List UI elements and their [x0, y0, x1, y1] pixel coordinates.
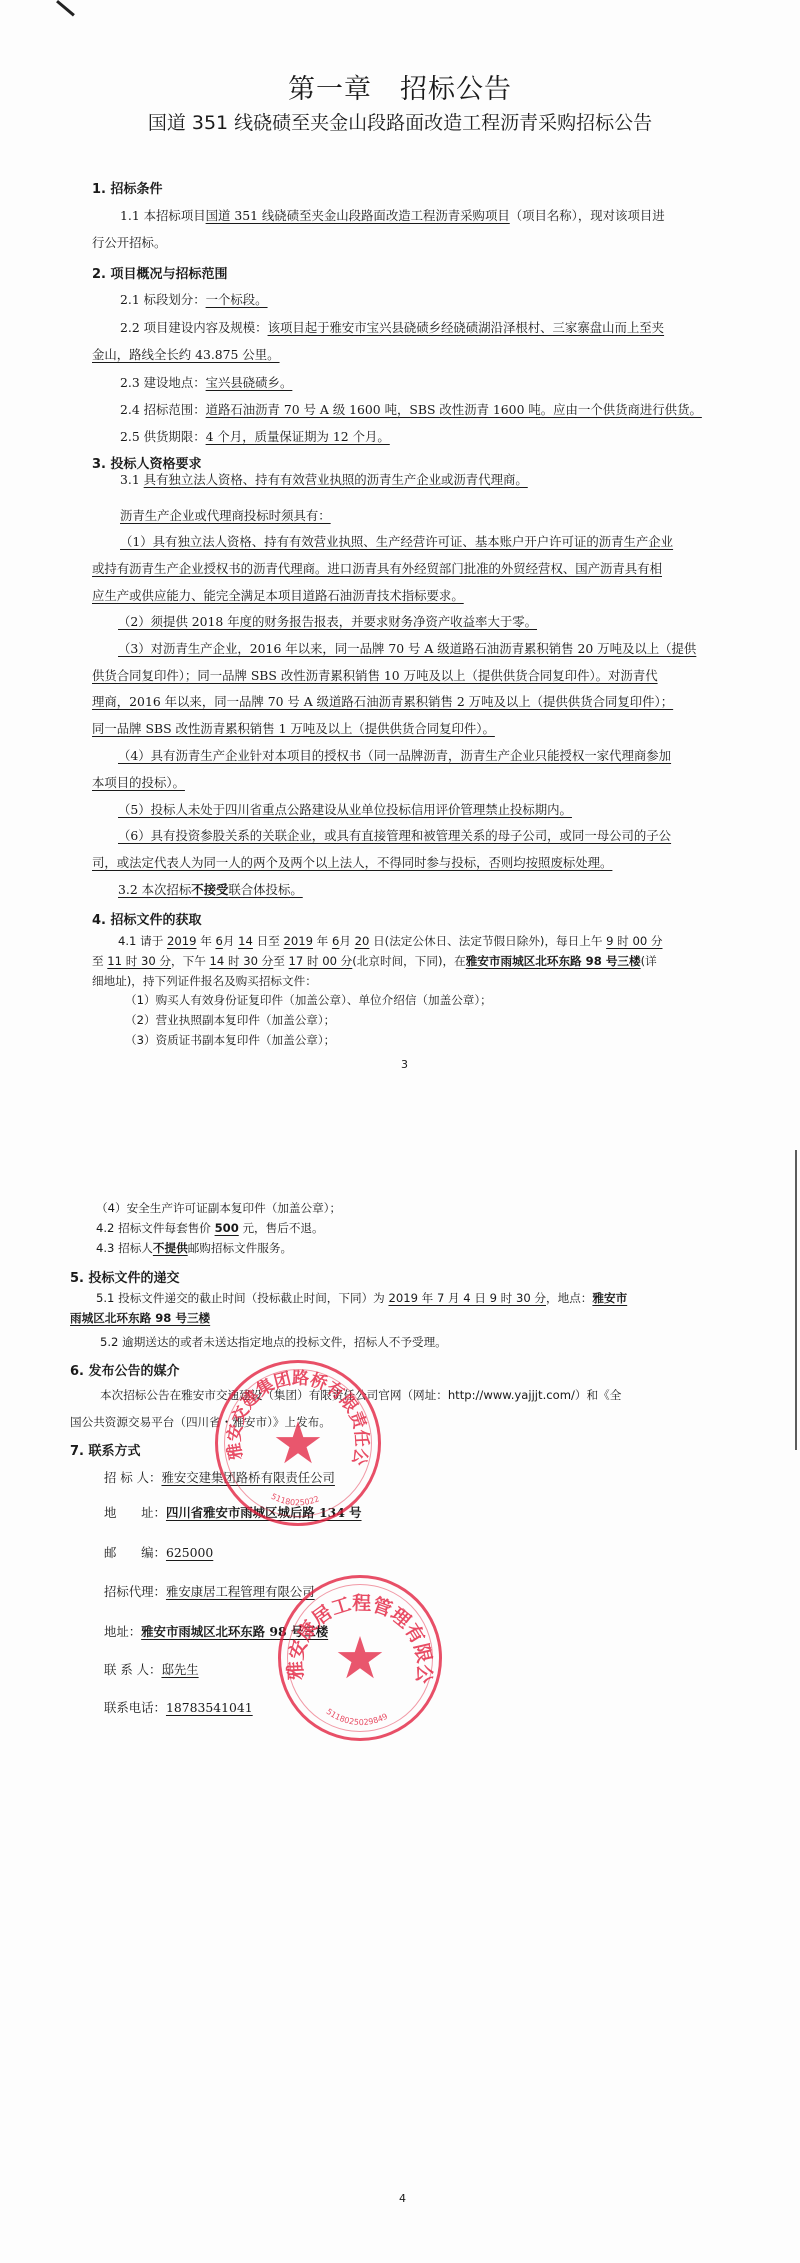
item-3-1: 3.1 具有独立法人资格、持有有效营业执照的沥青生产企业或沥青代理商。: [120, 472, 528, 488]
afternoon-end-time: 17 时 00 分: [289, 954, 353, 968]
item-3-2-suffix: 联合体投标。: [228, 882, 302, 897]
scan-page-edge: [795, 1150, 797, 1450]
item-1-1: 1.1 本招标项目国道 351 线硗碛至夹金山段路面改造工程沥青采购项目（项目名…: [120, 208, 665, 224]
text: 年: [313, 934, 332, 948]
page-number-4: 4: [399, 2192, 406, 2205]
text: ，地点：: [546, 1291, 592, 1305]
item-2-2-value-line2: 金山，路线全长约 43.875 公里。: [92, 347, 280, 363]
item-3-2: 3.2 本次招标不接受联合体投标。: [118, 882, 303, 898]
postcode: 625000: [166, 1545, 213, 1560]
section-1-heading: 1. 招标条件: [92, 178, 163, 197]
contact-label: 招 标 人：: [104, 1470, 161, 1485]
text: (详: [641, 954, 657, 968]
item-1-1-prefix: 1.1 本招标项目: [120, 208, 206, 223]
project-name: 国道 351 线硗碛至夹金山段路面改造工程沥青采购项目: [206, 208, 510, 223]
page-number-3: 3: [401, 1058, 408, 1071]
media-line1: 本次招标公告在雅安市交通建设（集团）有限责任公司官网（网址：http://www…: [100, 1387, 621, 1403]
morning-end-time: 11 时 30 分: [107, 954, 171, 968]
contact-person: 邸先生: [161, 1662, 198, 1677]
document-price: 500: [215, 1221, 239, 1235]
item-2-1: 2.1 标段划分：一个标段。: [120, 292, 268, 308]
section-7-heading: 7. 联系方式: [70, 1440, 141, 1459]
req-4-line2: 本项目的投标）。: [92, 775, 185, 791]
end-day: 20: [355, 934, 370, 948]
text: 4.1 请于: [118, 934, 167, 948]
contact-label: 联系电话：: [104, 1700, 166, 1715]
item-4-1-line3: 细地址)，持下列证件报名及购买招标文件：: [92, 973, 317, 989]
item-2-5-value: 4 个月，质量保证期为 12 个月。: [206, 429, 390, 444]
required-doc-1: （1）购买人有效身份证复印件（加盖公章）、单位介绍信（加盖公章）；: [125, 992, 492, 1008]
required-doc-4: （4）安全生产许可证副本复印件（加盖公章）；: [96, 1200, 341, 1216]
text: 至: [92, 954, 107, 968]
text: 邮购招标文件服务。: [188, 1241, 292, 1255]
item-2-4-label: 2.4 招标范围：: [120, 402, 206, 417]
agent-address: 雅安市雨城区北环东路 98 号三楼: [141, 1624, 328, 1639]
text: 年: [197, 934, 216, 948]
section-6-heading: 6. 发布公告的媒介: [70, 1360, 180, 1379]
item-3-1-value: 具有独立法人资格、持有有效营业执照的沥青生产企业或沥青代理商。: [144, 472, 528, 487]
item-2-5-label: 2.5 供货期限：: [120, 429, 206, 444]
start-day: 14: [238, 934, 253, 948]
media-line2: 国公共资源交易平台（四川省・雅安市）》上发布。: [70, 1414, 331, 1430]
item-2-2-label: 2.2 项目建设内容及规模：: [120, 320, 268, 335]
section-3-heading: 3. 投标人资格要求: [92, 453, 202, 472]
contact-row-postcode: 邮 编：625000: [104, 1545, 213, 1561]
item-2-2: 2.2 项目建设内容及规模：该项目起于雅安市宝兴县硗碛乡经硗碛湖沿泽根村、三家寨…: [120, 320, 664, 336]
req-6-line1: （6）具有投资参股关系的关联企业，或具有直接管理和被管理关系的母子公司，或同一母…: [118, 828, 671, 844]
start-year: 2019: [167, 934, 197, 948]
req-3-line1: （3）对沥青生产企业，2016 年以来，同一品牌 70 号 A 级道路石油沥青累…: [118, 641, 696, 657]
required-doc-3: （3）资质证书副本复印件（加盖公章）；: [125, 1032, 335, 1048]
req-4-line1: （4）具有沥青生产企业针对本项目的授权书（同一品牌沥青，沥青生产企业只能授权一家…: [118, 748, 671, 764]
text: ，下午: [171, 954, 209, 968]
item-5-2: 5.2 逾期送达的或者未送达指定地点的投标文件，招标人不予受理。: [100, 1334, 447, 1350]
contact-row-address: 地 址：四川省雅安市雨城区城后路 134 号: [104, 1505, 362, 1521]
chapter-title: 第一章 招标公告: [0, 67, 800, 106]
morning-start-time: 9 时 00 分: [606, 934, 662, 948]
bid-deadline: 2019 年 7 月 4 日 9 时 30 分: [388, 1291, 546, 1305]
item-2-3-value: 宝兴县硗碛乡。: [206, 375, 293, 390]
contact-label: 联 系 人：: [104, 1662, 161, 1677]
contact-row-tenderer: 招 标 人：雅安交建集团路桥有限责任公司: [104, 1470, 335, 1486]
req-1-line1: （1）具有独立法人资格、持有有效营业执照、生产经营许可证、基本账户开户许可证的沥…: [120, 534, 673, 550]
contact-row-phone: 联系电话：18783541041: [104, 1700, 253, 1716]
contact-label: 地 址：: [104, 1505, 166, 1520]
afternoon-start-time: 14 时 30 分: [210, 954, 274, 968]
text: 月: [339, 934, 354, 948]
item-3-2-bold: 不接受: [191, 882, 228, 897]
tenderer-address: 四川省雅安市雨城区城后路 134 号: [166, 1505, 362, 1520]
contact-label: 邮 编：: [104, 1545, 166, 1560]
contact-row-person: 联 系 人：邸先生: [104, 1662, 199, 1678]
item-4-2: 4.2 招标文件每套售价 500 元，售后不退。: [96, 1220, 324, 1236]
item-3-1-label: 3.1: [120, 472, 144, 487]
text: 4.2 招标文件每套售价: [96, 1221, 215, 1235]
req-3-line4: 同一品牌 SBS 改性沥青累积销售 1 万吨及以上（提供供货合同复印件）。: [92, 721, 495, 737]
not-provided: 不提供: [153, 1241, 188, 1255]
start-month: 6: [215, 934, 222, 948]
item-4-3: 4.3 招标人不提供邮购招标文件服务。: [96, 1240, 292, 1256]
required-doc-2: （2）营业执照副本复印件（加盖公章）；: [125, 1012, 335, 1028]
item-2-1-value: 一个标段。: [206, 292, 268, 307]
req-1-line2: 或持有沥青生产企业授权书的沥青代理商。进口沥青具有外经贸部门批准的外贸经营权、国…: [92, 561, 662, 577]
contact-row-agent: 招标代理：雅安康居工程管理有限公司: [104, 1584, 315, 1600]
section-4-heading: 4. 招标文件的获取: [92, 909, 202, 928]
text: 月: [223, 934, 238, 948]
text: 5.1 投标文件递交的截止时间（投标截止时间，下同）为: [96, 1291, 388, 1305]
item-2-4: 2.4 招标范围：道路石油沥青 70 号 A 级 1600 吨，SBS 改性沥青…: [120, 402, 702, 418]
item-5-1-line1: 5.1 投标文件递交的截止时间（投标截止时间，下同）为 2019 年 7 月 4…: [96, 1290, 627, 1306]
req-6-line2: 司，或法定代表人为同一人的两个及两个以上法人，不得同时参与投标，否则均按照废标处…: [92, 855, 612, 871]
document-pickup-address: 雅安市雨城区北环东路 98 号三楼: [466, 954, 641, 968]
contact-row-agent-address: 地址：雅安市雨城区北环东路 98 号三楼: [104, 1624, 328, 1640]
item-2-2-value-line1: 该项目起于雅安市宝兴县硗碛乡经硗碛湖沿泽根村、三家寨盘山而上至夹: [268, 320, 665, 335]
contact-label: 地址：: [104, 1624, 141, 1639]
item-1-1-line2: 行公开招标。: [92, 235, 166, 251]
item-4-1-line2: 至 11 时 30 分，下午 14 时 30 分至 17 时 00 分(北京时间…: [92, 953, 657, 969]
bid-place-line2: 雨城区北环东路 98 号三楼: [70, 1310, 210, 1326]
item-1-1-suffix: （项目名称），现对该项目进: [510, 208, 665, 223]
item-2-1-label: 2.1 标段划分：: [120, 292, 206, 307]
item-4-1-line1: 4.1 请于 2019 年 6月 14 日至 2019 年 6月 20 日(法定…: [118, 933, 662, 949]
item-2-5: 2.5 供货期限：4 个月，质量保证期为 12 个月。: [120, 429, 390, 445]
agent-name: 雅安康居工程管理有限公司: [166, 1584, 315, 1599]
text: 元，售后不退。: [239, 1221, 324, 1235]
text: 4.3 招标人: [96, 1241, 153, 1255]
item-2-3-label: 2.3 建设地点：: [120, 375, 206, 390]
end-year: 2019: [283, 934, 313, 948]
text: 至: [273, 954, 288, 968]
section-5-heading: 5. 投标文件的递交: [70, 1267, 180, 1286]
text: 日至: [253, 934, 284, 948]
requirements-intro: 沥青生产企业或代理商投标时须具有：: [120, 508, 331, 524]
text: (北京时间，下同)，在: [352, 954, 465, 968]
req-3-line3: 理商，2016 年以来，同一品牌 70 号 A 级道路石油沥青累积销售 2 万吨…: [92, 694, 673, 710]
contact-label: 招标代理：: [104, 1584, 166, 1599]
item-2-4-value: 道路石油沥青 70 号 A 级 1600 吨，SBS 改性沥青 1600 吨。应…: [206, 402, 702, 417]
req-3-line2: 供货合同复印件）；同一品牌 SBS 改性沥青累积销售 10 万吨及以上（提供供货…: [92, 668, 658, 684]
text: 日(法定公休日、法定节假日除外)，每日上午: [369, 934, 606, 948]
req-5: （5）投标人未处于四川省重点公路建设从业单位投标信用评价管理禁止投标期内。: [118, 802, 572, 818]
item-2-3: 2.3 建设地点：宝兴县硗碛乡。: [120, 375, 292, 391]
bid-place-line1: 雅安市: [592, 1291, 627, 1305]
contact-phone: 18783541041: [166, 1700, 253, 1715]
tenderer-name: 雅安交建集团路桥有限责任公司: [161, 1470, 334, 1485]
section-2-heading: 2. 项目概况与招标范围: [92, 263, 228, 282]
item-3-2-prefix: 3.2 本次招标: [118, 882, 191, 897]
req-1-line3: 应生产或供应能力、能完全满足本项目道路石油沥青技术指标要求。: [92, 588, 464, 604]
document-subtitle: 国道 351 线硗碛至夹金山段路面改造工程沥青采购招标公告: [0, 108, 800, 135]
req-2: （2）须提供 2018 年度的财务报告报表，并要求财务净资产收益率大于零。: [118, 614, 537, 630]
